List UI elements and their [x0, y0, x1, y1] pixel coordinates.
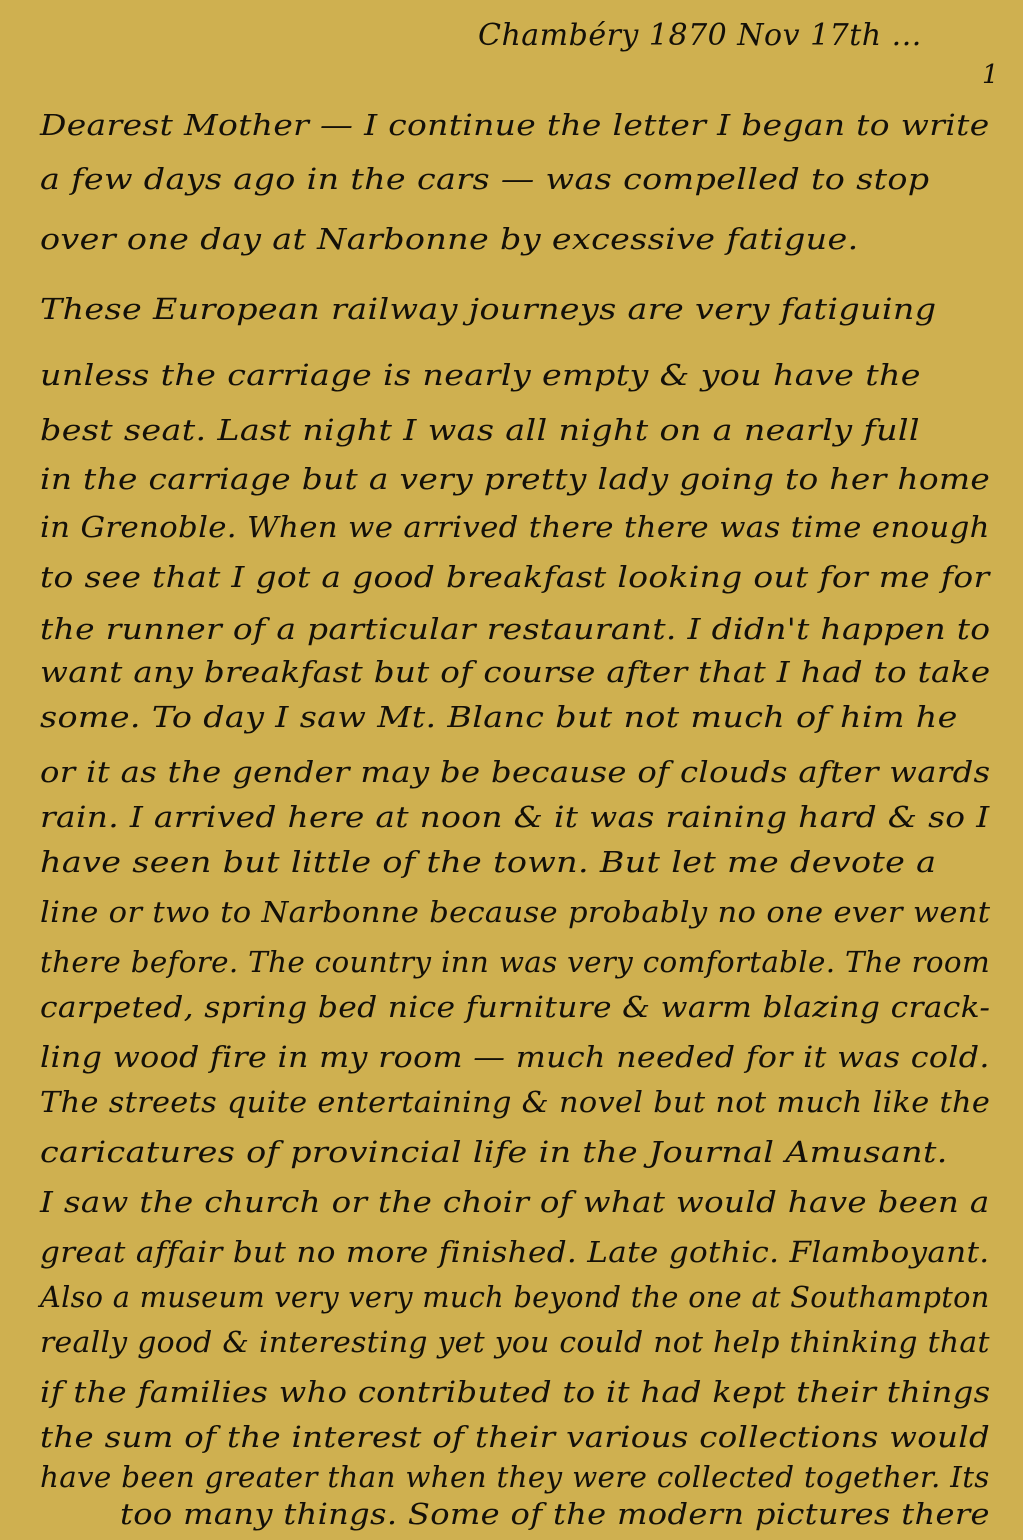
letter-line: Dearest Mother — I continue the letter I… — [40, 108, 990, 142]
letter-line: in Grenoble. When we arrived there there… — [40, 510, 990, 544]
letter-line: if the families who contributed to it ha… — [40, 1375, 990, 1409]
page-number: 1 — [982, 60, 999, 90]
letter-line: great affair but no more finished. Late … — [40, 1235, 989, 1269]
letter-header-place-date: Chambéry 1870 Nov 17th ... — [478, 18, 922, 53]
letter-line: the runner of a particular restaurant. I… — [40, 612, 990, 646]
letter-line: the sum of the interest of their various… — [40, 1420, 990, 1454]
letter-line: really good & interesting yet you could … — [40, 1325, 990, 1359]
letter-line: unless the carriage is nearly empty & yo… — [40, 358, 921, 392]
letter-line: in the carriage but a very pretty lady g… — [40, 462, 990, 496]
letter-line: ling wood fire in my room — much needed … — [40, 1040, 990, 1074]
letter-line: I saw the church or the choir of what wo… — [40, 1185, 990, 1219]
letter-line: some. To day I saw Mt. Blanc but not muc… — [40, 700, 958, 734]
letter-page: Chambéry 1870 Nov 17th ... 1 Dearest Mot… — [0, 0, 1023, 1540]
letter-line: there before. The country inn was very c… — [40, 945, 990, 979]
letter-line: have seen but little of the town. But le… — [40, 845, 936, 879]
letter-line: a few days ago in the cars — was compell… — [40, 162, 929, 196]
letter-line: want any breakfast but of course after t… — [40, 655, 990, 689]
letter-line: carpeted, spring bed nice furniture & wa… — [40, 990, 990, 1024]
letter-line: Also a museum very very much beyond the … — [40, 1280, 990, 1314]
letter-line: to see that I got a good breakfast looki… — [40, 560, 990, 594]
letter-line: over one day at Narbonne by excessive fa… — [40, 222, 859, 256]
letter-line: caricatures of provincial life in the Jo… — [40, 1135, 948, 1169]
letter-line: best seat. Last night I was all night on… — [40, 413, 920, 447]
letter-line: line or two to Narbonne because probably… — [40, 895, 990, 929]
letter-line: or it as the gender may be because of cl… — [40, 755, 990, 789]
letter-line: The streets quite entertaining & novel b… — [40, 1085, 990, 1119]
letter-line: rain. I arrived here at noon & it was ra… — [40, 800, 990, 834]
letter-line: too many things. Some of the modern pict… — [120, 1497, 990, 1531]
letter-line: These European railway journeys are very… — [40, 292, 936, 326]
letter-line: have been greater than when they were co… — [40, 1460, 990, 1494]
